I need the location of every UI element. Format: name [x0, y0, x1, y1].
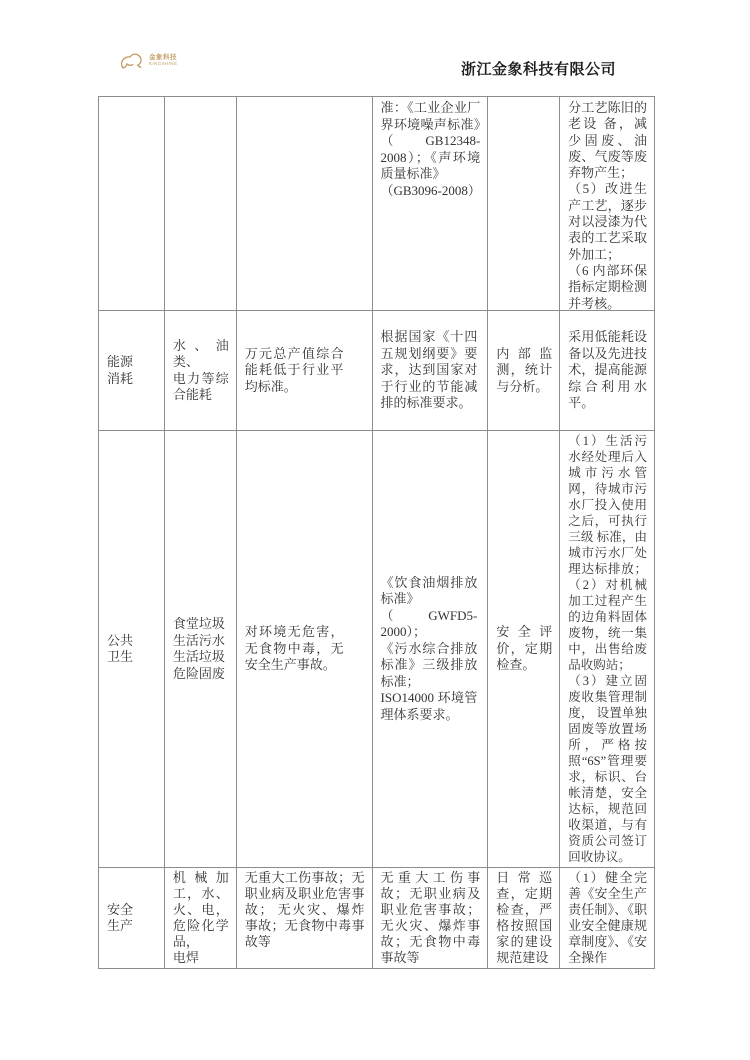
cell-energy-target: 万元总产值综合能耗低于行业平均标准。: [237, 311, 373, 431]
cell-safety-measures: （1）健全完善《安全生产责任制》、《职业安全健康规章制度》、《安全操作: [560, 868, 655, 969]
cell-energy-standard: 根据国家《十四五规划纲要》要求，达到国家对于行业的节能减排的标准要求。: [373, 311, 489, 431]
cell-noise-standard: 准：《工业企业厂界环境噪声标准》（GB12348-2008）；《声环境质量标准》…: [373, 97, 489, 311]
cell-energy-category: 能源 消耗: [99, 311, 165, 431]
cell-health-measures: （1）生活污水经处理后入城市污水管网，待城市污水厂投入使用之后，可执行三级 标准…: [560, 431, 655, 868]
cell-noise-category: [99, 97, 165, 311]
cell-health-standard: 《饮食油烟排放标准》 （GWFD5-2000）； 《污水综合排放标准》三级排放标…: [373, 431, 489, 868]
cell-safety-standard: 无重大工伤事故；无职业病及职业危害事故； 无火灾、爆炸事故；无食物中毒事故等: [373, 868, 489, 969]
cell-noise-target: [237, 97, 373, 311]
company-name-header: 浙江金象科技有限公司: [461, 58, 616, 79]
cell-energy-factors: 水、油类、 电力等综合能耗: [165, 311, 237, 431]
company-logo: 金象科技 KINGSHINE: [120, 50, 177, 71]
cell-energy-monitoring: 内部监测，统计与分析。: [488, 311, 560, 431]
cell-noise-measures: 分工艺陈旧的老设 备，减少固废、油废、气废等废弃物产生； （5）改进生产工艺，逐…: [560, 97, 655, 311]
cell-safety-category: 安全 生产: [99, 868, 165, 969]
assessment-table: 准：《工业企业厂界环境噪声标准》（GB12348-2008）；《声环境质量标准》…: [98, 96, 655, 969]
logo-wordmark: 金象科技 KINGSHINE: [149, 55, 177, 67]
cell-noise-monitoring: [488, 97, 560, 311]
row-energy-consumption: 能源 消耗 水、油类、 电力等综合能耗 万元总产值综合能耗低于行业平均标准。 根…: [99, 311, 655, 431]
cell-noise-factors: [165, 97, 237, 311]
cell-health-category: 公共 卫生: [99, 431, 165, 868]
cell-safety-factors: 机械加工，水、火、电，危险化学品， 电焊: [165, 868, 237, 969]
cell-health-monitoring: 安全评价，定期检查。: [488, 431, 560, 868]
cell-safety-monitoring: 日常巡查，定期检查，严格按照国家的建设规范建设: [488, 868, 560, 969]
cell-safety-target: 无重大工伤事故；无职业病及职业危害事故； 无火灾、爆炸事故；无食物中毒事故等: [237, 868, 373, 969]
elephant-icon: [120, 50, 146, 71]
cell-health-target: 对环境无危害，无食物中毒，无安全生产事故。: [237, 431, 373, 868]
row-production-safety: 安全 生产 机械加工，水、火、电，危险化学品， 电焊 无重大工伤事故；无职业病及…: [99, 868, 655, 969]
row-noise-standard-continuation: 准：《工业企业厂界环境噪声标准》（GB12348-2008）；《声环境质量标准》…: [99, 97, 655, 311]
cell-energy-measures: 采用低能耗设备以及先进技术，提高能源综合利用水平。: [560, 311, 655, 431]
logo-brand-en: KINGSHINE: [149, 62, 177, 67]
row-public-health: 公共 卫生 食堂垃圾 生活污水 生活垃圾 危险固废 对环境无危害，无食物中毒，无…: [99, 431, 655, 868]
document-page: 金象科技 KINGSHINE 浙江金象科技有限公司 准：《工业企业厂界环境噪声标…: [0, 0, 750, 1060]
cell-health-factors: 食堂垃圾 生活污水 生活垃圾 危险固废: [165, 431, 237, 868]
